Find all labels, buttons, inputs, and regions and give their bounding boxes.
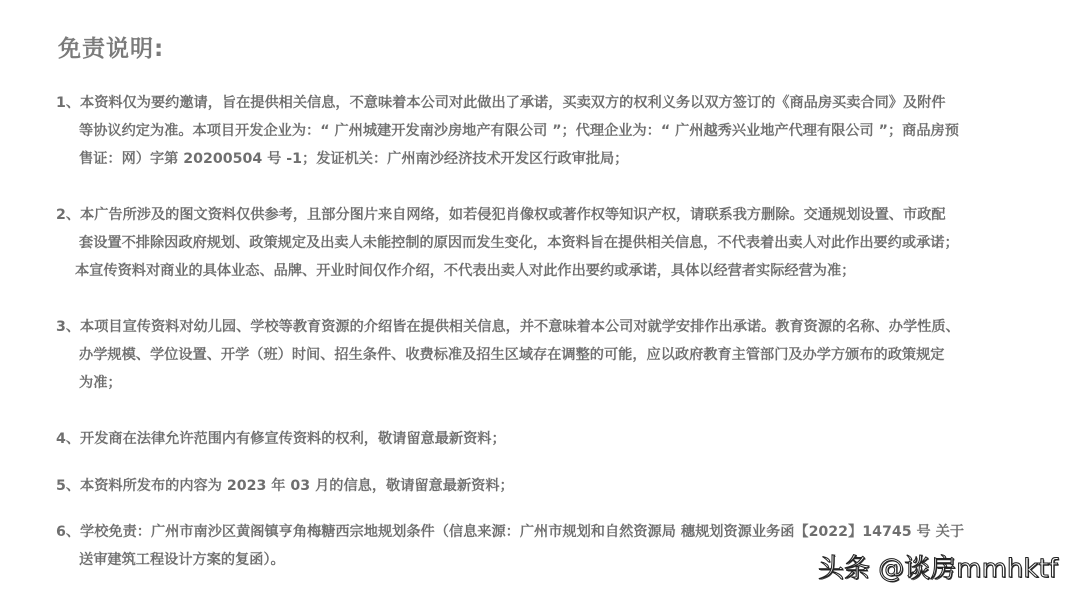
disclaimer-line: 4、开发商在法律允许范围内有修宣传资料的权利，敬请留意最新资料； (56, 425, 506, 453)
disclaimer-item-4: 4、开发商在法律允许范围内有修宣传资料的权利，敬请留意最新资料； (56, 425, 506, 453)
disclaimer-line: 售证：网）字第 20200504 号 -1；发证机关：广州南沙经济技术开发区行政… (56, 145, 959, 173)
watermark: 头条 @谈房mmhktf (818, 548, 1058, 585)
page-title: 免责说明: (58, 30, 164, 63)
disclaimer-line: 套设置不排除因政府规划、政策规定及出卖人未能控制的原因而发生变化，本资料旨在提供… (56, 229, 959, 257)
disclaimer-item-1: 1、本资料仅为要约邀请，旨在提供相关信息，不意味着本公司对此做出了承诺，买卖双方… (56, 89, 959, 173)
disclaimer-item-2: 2、本广告所涉及的图文资料仅供参考，且部分图片来自网络，如若侵犯肖像权或著作权等… (56, 201, 959, 285)
disclaimer-line: 为准； (56, 369, 960, 397)
disclaimer-line: 6、学校免责：广州市南沙区黄阁镇亨角梅糖西宗地规划条件（信息来源：广州市规划和自… (56, 518, 964, 546)
disclaimer-line: 本宣传资料对商业的具体业态、品牌、开业时间仅作介绍，不代表出卖人对此作出要约或承… (56, 257, 959, 285)
disclaimer-line: 办学规模、学位设置、开学（班）时间、招生条件、收费标准及招生区域存在调整的可能，… (56, 341, 960, 369)
disclaimer-line: 5、本资料所发布的内容为 2023 年 03 月的信息，敬请留意最新资料； (56, 472, 514, 500)
disclaimer-item-3: 3、本项目宣传资料对幼儿园、学校等教育资源的介绍皆在提供相关信息，并不意味着本公… (56, 313, 960, 397)
disclaimer-line: 1、本资料仅为要约邀请，旨在提供相关信息，不意味着本公司对此做出了承诺，买卖双方… (56, 89, 959, 117)
disclaimer-line: 2、本广告所涉及的图文资料仅供参考，且部分图片来自网络，如若侵犯肖像权或著作权等… (56, 201, 959, 229)
disclaimer-line: 3、本项目宣传资料对幼儿园、学校等教育资源的介绍皆在提供相关信息，并不意味着本公… (56, 313, 960, 341)
disclaimer-line: 等协议约定为准。本项目开发企业为：“ 广州城建开发南沙房地产有限公司 ”；代理企… (56, 117, 959, 145)
disclaimer-item-5: 5、本资料所发布的内容为 2023 年 03 月的信息，敬请留意最新资料； (56, 472, 514, 500)
